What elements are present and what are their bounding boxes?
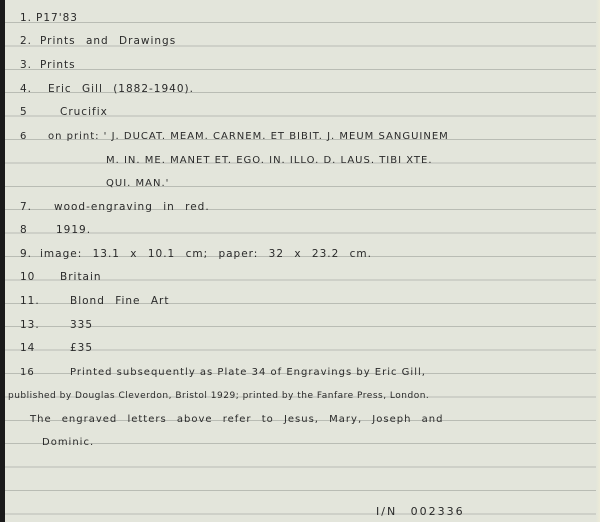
entry-text: Blond Fine Art [70,295,169,307]
entry-text: 335 [70,319,93,331]
entry-8: 8 1919. [20,216,91,236]
entry-text-continued: Dominic. [42,437,94,448]
entry-3: 3. Prints [20,51,76,71]
entry-11: 11. Blond Fine Art [20,287,169,307]
entry-text: Printed subsequently as Plate 34 of Engr… [70,367,426,378]
entry-number: 16 [20,367,70,378]
entry-2: 2. Prints and Drawings [20,27,176,47]
entry-text-continued: QUI. MAN.' [106,178,169,189]
entry-14: 14 £35 [20,334,93,354]
entry-6-line-3: QUI. MAN.' [106,169,169,189]
card-right-edge [596,0,600,522]
entry-number: 1. [20,12,36,24]
entry-4: 4. Eric Gill (1882-1940). [20,75,194,95]
entry-6: 6 on print: ' J. DUCAT. MEAM. CARNEM. ET… [20,122,449,142]
entry-number: 7. [20,201,54,213]
entry-text: P17'83 [36,12,78,24]
entry-text: image: 13.1 x 10.1 cm; paper: 32 x 23.2 … [40,248,372,260]
entry-number: 8 [20,224,56,236]
entry-number: 2. [20,35,40,47]
inventory-number: I/N 002336 [376,498,465,518]
entry-7: 7. wood-engraving in red. [20,193,210,213]
entry-text: Eric Gill (1882-1940). [48,83,194,95]
entry-9: 9. image: 13.1 x 10.1 cm; paper: 32 x 23… [20,240,372,260]
entry-16-line-3: The engraved letters above refer to Jesu… [30,405,443,425]
entry-10: 10 Britain [20,263,102,283]
entry-text: 1919. [56,224,91,236]
entry-text: on print: ' J. DUCAT. MEAM. CARNEM. ET B… [48,131,449,142]
entry-text: Prints [40,59,76,71]
entry-16-line-4: Dominic. [42,428,94,448]
entry-text: Britain [60,271,102,283]
entry-text: Crucifix [60,106,108,118]
entry-number: 3. [20,59,40,71]
entry-5: 5 Crucifix [20,98,108,118]
entry-number: 9. [20,248,40,260]
entry-number: 6 [20,131,48,142]
entry-text: £35 [70,342,93,354]
entry-16: 16 Printed subsequently as Plate 34 of E… [20,358,426,378]
entry-number: 14 [20,342,70,354]
inventory-number-text: I/N 002336 [376,505,465,518]
entry-1: 1. P17'83 [20,4,78,24]
entry-text-continued: published by Douglas Cleverdon, Bristol … [8,391,429,401]
entry-text-continued: M. IN. ME. MANET ET. EGO. IN. ILLO. D. L… [106,155,433,166]
entry-number: 5 [20,106,60,118]
entry-text: wood-engraving in red. [54,201,210,213]
entry-text: Prints and Drawings [40,35,176,47]
entry-13: 13. 335 [20,311,93,331]
entry-text-continued: The engraved letters above refer to Jesu… [30,414,443,425]
entry-16-line-2: published by Douglas Cleverdon, Bristol … [8,381,429,401]
entry-number: 10 [20,271,60,283]
entry-number: 13. [20,319,70,331]
entry-6-line-2: M. IN. ME. MANET ET. EGO. IN. ILLO. D. L… [106,146,433,166]
entry-number: 11. [20,295,70,307]
entry-number: 4. [20,83,48,95]
